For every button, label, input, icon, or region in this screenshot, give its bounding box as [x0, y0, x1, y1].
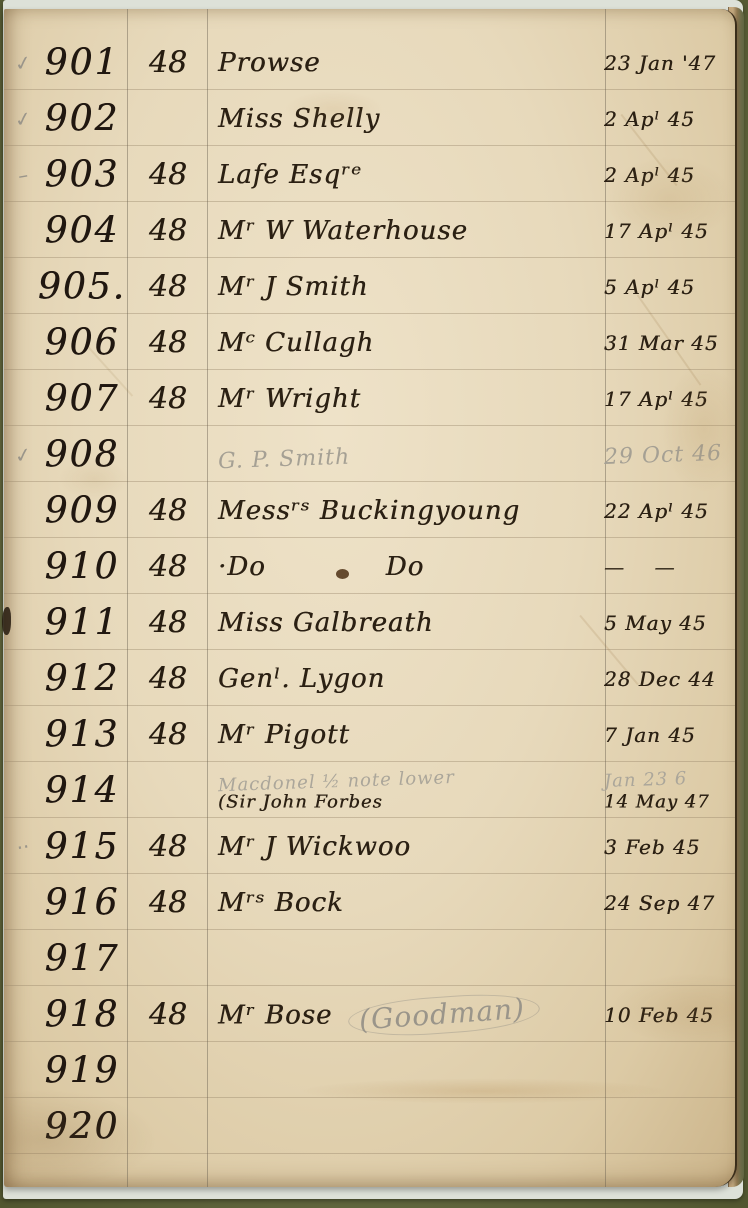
entry-name: Mʳ Wright — [218, 384, 603, 414]
entry-price: 48 — [130, 550, 206, 585]
entry-number: 915 — [32, 827, 132, 868]
ledger-row: 906 48 Mᶜ Cullagh 31 Mar 45 — [4, 315, 735, 371]
entry-date: Jan 23 614 May 47 — [604, 769, 744, 814]
entry-date: 23 Jan '47 — [604, 51, 744, 75]
ledger-row-pencil: ✓ 908 G. P. Smith 29 Oct 46 — [4, 427, 735, 483]
entry-date: 2 Apˡ 45 — [604, 163, 744, 187]
entry-number: 919 — [32, 1051, 132, 1092]
entry-number: 920 — [32, 1107, 132, 1148]
pencil-annotation: (Goodman) — [347, 990, 541, 1040]
ledger-row: 912 48 Genˡ. Lygon 28 Dec 44 — [4, 651, 735, 707]
ledger-row: 913 48 Mʳ Pigott 7 Jan 45 — [4, 707, 735, 763]
entry-name: Genˡ. Lygon — [218, 664, 603, 694]
ditto-mark: ·Do — [218, 552, 266, 582]
entry-date: 28 Dec 44 — [604, 667, 744, 691]
entry-number: 903 — [32, 155, 132, 196]
ledger-row: 920 — [4, 1099, 735, 1155]
ledger-row: 916 48 Mʳˢ Bock 24 Sep 47 — [4, 875, 735, 931]
entry-number: 911 — [32, 603, 132, 644]
entry-number: 916 — [32, 883, 132, 924]
entry-name: Messʳˢ Buckingyoung — [218, 496, 603, 526]
entry-date: 5 May 45 — [604, 611, 744, 635]
ledger-row: 904 48 Mʳ W Waterhouse 17 Apˡ 45 — [4, 203, 735, 259]
entry-name: Miss Galbreath — [218, 608, 603, 638]
ledger-row: 909 48 Messʳˢ Buckingyoung 22 Apˡ 45 — [4, 483, 735, 539]
entry-name: Macdonel ½ note lower(Sir John Forbes — [218, 769, 603, 814]
entry-number: 912 — [32, 659, 132, 700]
entry-price: 48 — [130, 606, 206, 641]
entry-name: ·DoDo — [218, 552, 603, 582]
ledger-row: 919 — [4, 1043, 735, 1099]
ledger-row: ✓ 901 48 Prowse 23 Jan '47 — [4, 35, 735, 91]
entry-date: 3 Feb 45 — [604, 835, 744, 859]
entry-date: — — — [604, 555, 744, 579]
entry-price: 48 — [130, 382, 206, 417]
entry-date-sub: 14 May 47 — [604, 791, 744, 814]
entry-price: 48 — [130, 270, 206, 305]
entry-date: 31 Mar 45 — [604, 331, 744, 355]
entry-name: Mʳˢ Bock — [218, 888, 603, 918]
entry-date: 10 Feb 45 — [604, 1003, 744, 1027]
entry-price: 48 — [130, 494, 206, 529]
entry-name: Mʳ W Waterhouse — [218, 216, 603, 246]
entry-date: 24 Sep 47 — [604, 891, 744, 915]
ledger-page: ✓ 901 48 Prowse 23 Jan '47 ✓ 902 Miss Sh… — [4, 9, 737, 1187]
entry-number: 907 — [32, 379, 132, 420]
ledger-row: ·· 915 48 Mʳ J Wickwoo 3 Feb 45 — [4, 819, 735, 875]
entry-price: 48 — [130, 214, 206, 249]
entry-number: 914 — [32, 771, 132, 812]
ledger-row: 910 48 ·DoDo — — — [4, 539, 735, 595]
entry-number: 901 — [32, 43, 132, 84]
entry-name: Mʳ Pigott — [218, 720, 603, 750]
ledger-scan: ✓ 901 48 Prowse 23 Jan '47 ✓ 902 Miss Sh… — [0, 0, 748, 1208]
ledger-row: 917 — [4, 931, 735, 987]
ledger-row-annotated: 914 Macdonel ½ note lower(Sir John Forbe… — [4, 763, 735, 819]
entry-price: 48 — [130, 662, 206, 697]
entry-name: Mʳ J Smith — [218, 272, 603, 302]
ledger-row: 905. 48 Mʳ J Smith 5 Apˡ 45 — [4, 259, 735, 315]
entry-date: 17 Apˡ 45 — [604, 387, 744, 411]
entry-name: Mʳ J Wickwoo — [218, 832, 603, 862]
pencil-date: Jan 23 6 — [604, 766, 745, 793]
entry-number: 917 — [32, 939, 132, 980]
entry-number: 908 — [32, 435, 132, 476]
entry-name: Prowse — [218, 48, 603, 78]
entry-price: 48 — [130, 718, 206, 753]
entry-price: 48 — [130, 326, 206, 361]
ledger-row: 911 48 Miss Galbreath 5 May 45 — [4, 595, 735, 651]
entry-name: Mʳ Bose(Goodman) — [218, 997, 603, 1034]
entry-number: 918 — [32, 995, 132, 1036]
entry-number: 913 — [32, 715, 132, 756]
ledger-row: 907 48 Mʳ Wright 17 Apˡ 45 — [4, 371, 735, 427]
ledger-row: – 903 48 Lafe Esqʳᵉ 2 Apˡ 45 — [4, 147, 735, 203]
entry-name-pencil: G. P. Smith — [218, 436, 604, 474]
entry-name: Lafe Esqʳᵉ — [218, 160, 603, 190]
entry-number: 910 — [32, 547, 132, 588]
entry-name: Miss Shelly — [218, 104, 603, 134]
entry-price: 48 — [130, 46, 206, 81]
entry-name: Mᶜ Cullagh — [218, 328, 603, 358]
ledger-row: 918 48 Mʳ Bose(Goodman) 10 Feb 45 — [4, 987, 735, 1043]
ledger-rows: ✓ 901 48 Prowse 23 Jan '47 ✓ 902 Miss Sh… — [4, 35, 735, 1155]
entry-price: 48 — [130, 998, 206, 1033]
entry-date: 17 Apˡ 45 — [604, 219, 744, 243]
ledger-row: ✓ 902 Miss Shelly 2 Apˡ 45 — [4, 91, 735, 147]
entry-price: 48 — [130, 158, 206, 193]
entry-price: 48 — [130, 886, 206, 921]
entry-number: 909 — [32, 491, 132, 532]
entry-name-text: Mʳ Bose — [218, 1001, 332, 1031]
entry-number: 905. — [32, 267, 132, 308]
entry-date: 22 Apˡ 45 — [604, 499, 744, 523]
entry-number: 906 — [32, 323, 132, 364]
entry-date: 2 Apˡ 45 — [604, 107, 744, 131]
entry-date: 5 Apˡ 45 — [604, 275, 744, 299]
entry-price: 48 — [130, 830, 206, 865]
entry-date: 7 Jan 45 — [604, 723, 744, 747]
ditto-mark: Do — [386, 552, 425, 582]
entry-number: 904 — [32, 211, 132, 252]
entry-date-pencil: 29 Oct 46 — [604, 440, 745, 470]
entry-number: 902 — [32, 99, 132, 140]
